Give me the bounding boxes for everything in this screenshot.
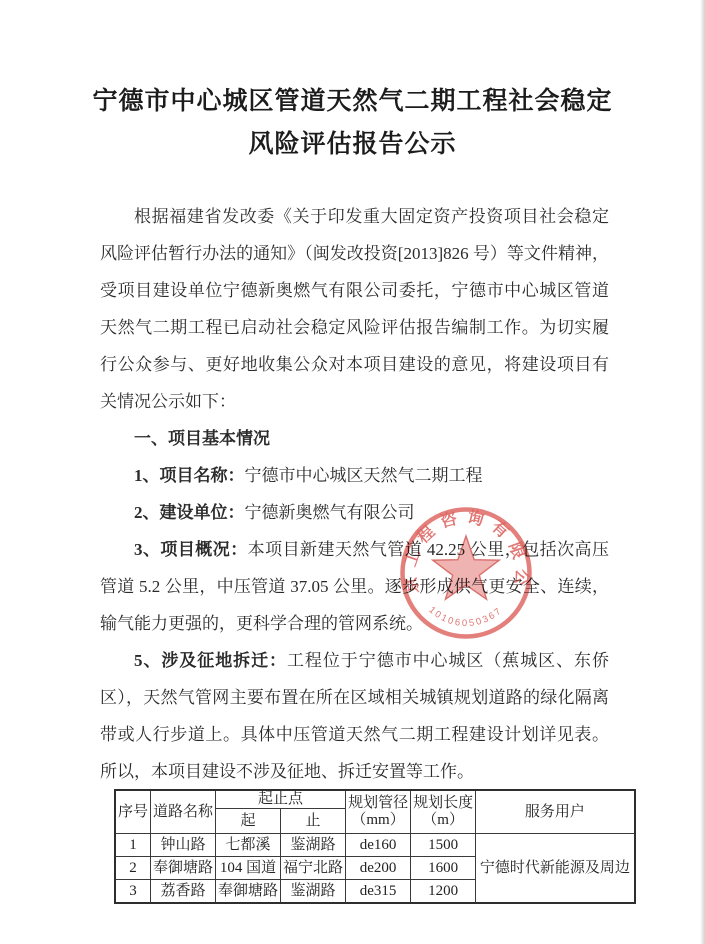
item-project-overview-label: 3、项目概况： bbox=[134, 540, 248, 559]
cell-service-user: 宁德时代新能源及周边 bbox=[476, 834, 635, 904]
item-project-overview: 3、项目概况：本项目新建天然气管道 42.25 公里，包括次高压管道 5.2 公… bbox=[100, 531, 609, 642]
title-line-1: 宁德市中心城区管道天然气二期工程社会稳定 bbox=[0, 80, 705, 123]
cell-seq: 2 bbox=[115, 857, 151, 880]
cell-length: 1500 bbox=[411, 834, 476, 857]
cell-start: 奉御塘路 bbox=[216, 880, 281, 904]
header-end: 止 bbox=[281, 809, 346, 834]
header-start: 起 bbox=[216, 809, 281, 834]
cell-road: 奉御塘路 bbox=[151, 857, 216, 880]
header-seq: 序号 bbox=[115, 790, 151, 834]
cell-end: 鉴湖路 bbox=[281, 834, 346, 857]
cell-length: 1200 bbox=[411, 880, 476, 904]
document-body: 根据福建省发改委《关于印发重大固定资产投资项目社会稳定风险评估暂行办法的通知》（… bbox=[100, 198, 609, 790]
cell-road: 钟山路 bbox=[151, 834, 216, 857]
item-project-name-value: 宁德市中心城区天然气二期工程 bbox=[245, 466, 483, 485]
header-endpoints: 起止点 bbox=[216, 790, 346, 809]
cell-end: 福宁北路 bbox=[281, 857, 346, 880]
header-diameter-line1: 规划管径 bbox=[348, 795, 408, 811]
item-land-requisition: 5、涉及征地拆迁：工程位于宁德市中心城区（蕉城区、东侨区），天然气管网主要布置在… bbox=[100, 642, 609, 790]
cell-length: 1600 bbox=[411, 857, 476, 880]
cell-diameter: de160 bbox=[346, 834, 411, 857]
header-length-line1: 规划长度 bbox=[413, 795, 473, 811]
header-service-user: 服务用户 bbox=[476, 790, 635, 834]
item-project-name: 1、项目名称：宁德市中心城区天然气二期工程 bbox=[100, 457, 609, 494]
scan-edge-shadow bbox=[700, 0, 705, 944]
item-construction-unit-value: 宁德新奥燃气有限公司 bbox=[245, 503, 415, 522]
item-construction-unit-label: 2、建设单位： bbox=[134, 503, 245, 522]
cell-seq: 1 bbox=[115, 834, 151, 857]
item-project-name-label: 1、项目名称： bbox=[134, 466, 245, 485]
header-length-line2: （m） bbox=[422, 812, 464, 828]
table-row: 1 钟山路 七都溪 鉴湖路 de160 1500 宁德时代新能源及周边 bbox=[115, 834, 635, 857]
pipeline-plan-table: 序号 道路名称 起止点 规划管径（mm） 规划长度（m） 服务用户 起 止 1 … bbox=[114, 789, 636, 904]
cell-end: 鉴湖路 bbox=[281, 880, 346, 904]
item-construction-unit: 2、建设单位：宁德新奥燃气有限公司 bbox=[100, 494, 609, 531]
intro-paragraph: 根据福建省发改委《关于印发重大固定资产投资项目社会稳定风险评估暂行办法的通知》（… bbox=[100, 198, 609, 420]
cell-diameter: de200 bbox=[346, 857, 411, 880]
cell-diameter: de315 bbox=[346, 880, 411, 904]
header-road-name: 道路名称 bbox=[151, 790, 216, 834]
cell-start: 七都溪 bbox=[216, 834, 281, 857]
title-line-2: 风险评估报告公示 bbox=[0, 123, 705, 166]
cell-road: 荔香路 bbox=[151, 880, 216, 904]
section-heading: 一、项目基本情况 bbox=[100, 420, 609, 457]
cell-start: 104 国道 bbox=[216, 857, 281, 880]
document-title: 宁德市中心城区管道天然气二期工程社会稳定 风险评估报告公示 bbox=[0, 80, 705, 166]
header-diameter: 规划管径（mm） bbox=[346, 790, 411, 834]
item-land-requisition-label: 5、涉及征地拆迁： bbox=[134, 651, 287, 670]
document-page: 宁德市中心城区管道天然气二期工程社会稳定 风险评估报告公示 根据福建省发改委《关… bbox=[0, 0, 705, 944]
header-length: 规划长度（m） bbox=[411, 790, 476, 834]
header-diameter-line2: （mm） bbox=[351, 812, 404, 828]
item-land-requisition-value: 工程位于宁德市中心城区（蕉城区、东侨区），天然气管网主要布置在所在区域相关城镇规… bbox=[100, 651, 609, 781]
cell-seq: 3 bbox=[115, 880, 151, 904]
